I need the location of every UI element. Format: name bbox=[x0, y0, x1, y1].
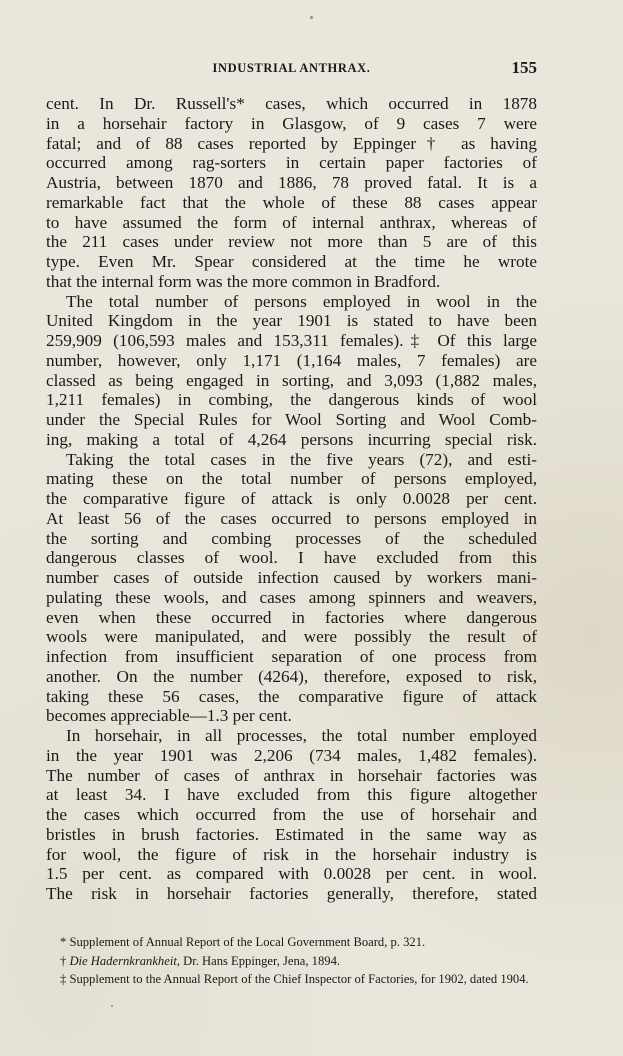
body-line: at least 34. I have excluded from this f… bbox=[46, 785, 537, 805]
body-line: even when these occurred in factories wh… bbox=[46, 608, 537, 628]
paper-speck bbox=[111, 1005, 113, 1007]
body-line: that the internal form was the more comm… bbox=[46, 272, 537, 292]
body-line: bristles in brush factories. Estimated i… bbox=[46, 825, 537, 845]
body-line: dangerous classes of wool. I have exclud… bbox=[46, 548, 537, 568]
footnote-3: ‡ Supplement to the Annual Report of the… bbox=[46, 970, 537, 989]
body-line: cent. In Dr. Russell's* cases, which occ… bbox=[46, 94, 537, 114]
body-line: fatal; and of 88 cases reported by Eppin… bbox=[46, 134, 537, 154]
footnote-mark: * bbox=[60, 935, 66, 949]
footnote-text: Supplement of Annual Report of the Local… bbox=[69, 935, 425, 949]
footnote-text: , Dr. Hans Eppinger, Jena, 1894. bbox=[177, 954, 340, 968]
body-line: classed as being engaged in sorting, and… bbox=[46, 371, 537, 391]
running-title: INDUSTRIAL ANTHRAX. bbox=[46, 61, 537, 76]
body-line: another. On the number (4264), therefore… bbox=[46, 667, 537, 687]
body-line: type. Even Mr. Spear considered at the t… bbox=[46, 252, 537, 272]
body-line: to have assumed the form of internal ant… bbox=[46, 213, 537, 233]
body-line: the sorting and combing processes of the… bbox=[46, 529, 537, 549]
body-line: Austria, between 1870 and 1886, 78 prove… bbox=[46, 173, 537, 193]
body-line: pulating these wools, and cases among sp… bbox=[46, 588, 537, 608]
footnote-text: Supplement to the Annual Report of the C… bbox=[69, 972, 528, 986]
body-line: in a horsehair factory in Glasgow, of 9 … bbox=[46, 114, 537, 134]
body-line: 1,211 females) in combing, the dangerous… bbox=[46, 390, 537, 410]
body-line: remarkable fact that the whole of these … bbox=[46, 193, 537, 213]
running-head: INDUSTRIAL ANTHRAX. 155 bbox=[46, 58, 537, 82]
body-line: number cases of outside infection caused… bbox=[46, 568, 537, 588]
body-line: The risk in horsehair factories generall… bbox=[46, 884, 537, 904]
body-line: The number of cases of anthrax in horseh… bbox=[46, 766, 537, 786]
body-line: infection from insufficient separation o… bbox=[46, 647, 537, 667]
body-line: the 211 cases under review not more than… bbox=[46, 232, 537, 252]
body-line: At least 56 of the cases occurred to per… bbox=[46, 509, 537, 529]
body-line: 1.5 per cent. as compared with 0.0028 pe… bbox=[46, 864, 537, 884]
footnote-mark: † bbox=[60, 954, 66, 968]
page-number: 155 bbox=[512, 58, 538, 78]
body-line: taking these 56 cases, the comparative f… bbox=[46, 687, 537, 707]
body-text: cent. In Dr. Russell's* cases, which occ… bbox=[46, 94, 537, 904]
body-line: Taking the total cases in the five years… bbox=[46, 450, 537, 470]
footnote-1: * Supplement of Annual Report of the Loc… bbox=[46, 933, 537, 952]
footnote-mark: ‡ bbox=[60, 972, 66, 986]
body-line: the comparative figure of attack is only… bbox=[46, 489, 537, 509]
paper-speck bbox=[310, 16, 313, 19]
footnote-italic-title: Die Hadernkrankheit bbox=[69, 954, 176, 968]
body-line: under the Special Rules for Wool Sorting… bbox=[46, 410, 537, 430]
body-line: United Kingdom in the year 1901 is state… bbox=[46, 311, 537, 331]
footnote-2: † Die Hadernkrankheit, Dr. Hans Eppinger… bbox=[46, 952, 537, 971]
body-line: wools were manipulated, and were possibl… bbox=[46, 627, 537, 647]
body-line: in the year 1901 was 2,206 (734 males, 1… bbox=[46, 746, 537, 766]
body-line: mating these on the total number of pers… bbox=[46, 469, 537, 489]
body-line: for wool, the figure of risk in the hors… bbox=[46, 845, 537, 865]
body-line: The total number of persons employed in … bbox=[46, 292, 537, 312]
footnotes: * Supplement of Annual Report of the Loc… bbox=[46, 933, 537, 989]
body-line: number, however, only 1,171 (1,164 males… bbox=[46, 351, 537, 371]
body-line: In horsehair, in all processes, the tota… bbox=[46, 726, 537, 746]
body-line: becomes appreciable—1.3 per cent. bbox=[46, 706, 537, 726]
body-line: ing, making a total of 4,264 persons inc… bbox=[46, 430, 537, 450]
body-line: 259,909 (106,593 males and 153,311 femal… bbox=[46, 331, 537, 351]
body-line: occurred among rag-sorters in certain pa… bbox=[46, 153, 537, 173]
body-line: the cases which occurred from the use of… bbox=[46, 805, 537, 825]
